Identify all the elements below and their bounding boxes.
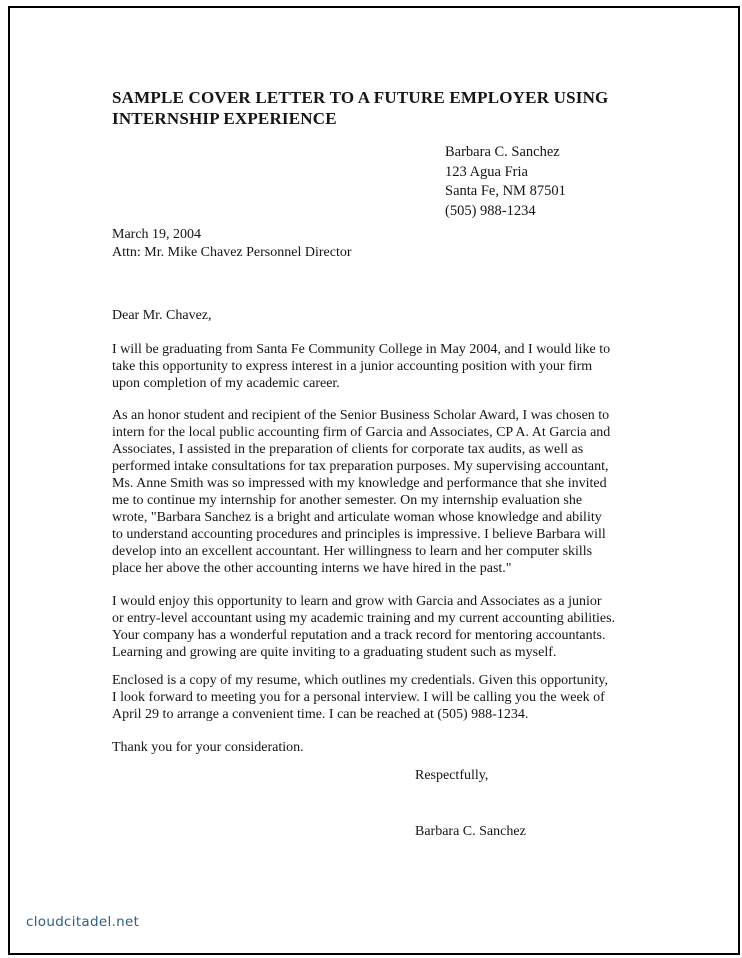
sender-name: Barbara C. Sanchez <box>445 143 566 163</box>
sender-address: Barbara C. Sanchez 123 Agua Fria Santa F… <box>445 143 566 221</box>
letter-title: SAMPLE COVER LETTER TO A FUTURE EMPLOYER… <box>112 87 642 129</box>
signature-name: Barbara C. Sanchez <box>415 824 526 840</box>
paragraph-value-statement: I would enjoy this opportunity to learn … <box>112 593 636 661</box>
paragraph-enclosure-followup: Enclosed is a copy of my resume, which o… <box>112 672 636 723</box>
sender-city: Santa Fe, NM 87501 <box>445 182 566 202</box>
letter-page: SAMPLE COVER LETTER TO A FUTURE EMPLOYER… <box>0 0 742 958</box>
paragraph-internship-experience: As an honor student and recipient of the… <box>112 407 636 577</box>
paragraph-intro: I will be graduating from Santa Fe Commu… <box>112 341 636 392</box>
closing-line: Thank you for your consideration. <box>112 740 304 756</box>
salutation: Dear Mr. Chavez, <box>112 308 212 324</box>
watermark-cloudcitadel: cloudcitadel.net <box>26 914 139 930</box>
sender-street: 123 Agua Fria <box>445 163 566 183</box>
letter-date: March 19, 2004 <box>112 226 352 244</box>
signoff: Respectfully, <box>415 768 488 784</box>
attn-line: Attn: Mr. Mike Chavez Personnel Director <box>112 244 352 262</box>
date-attn-block: March 19, 2004 Attn: Mr. Mike Chavez Per… <box>112 226 352 262</box>
sender-phone: (505) 988-1234 <box>445 202 566 222</box>
